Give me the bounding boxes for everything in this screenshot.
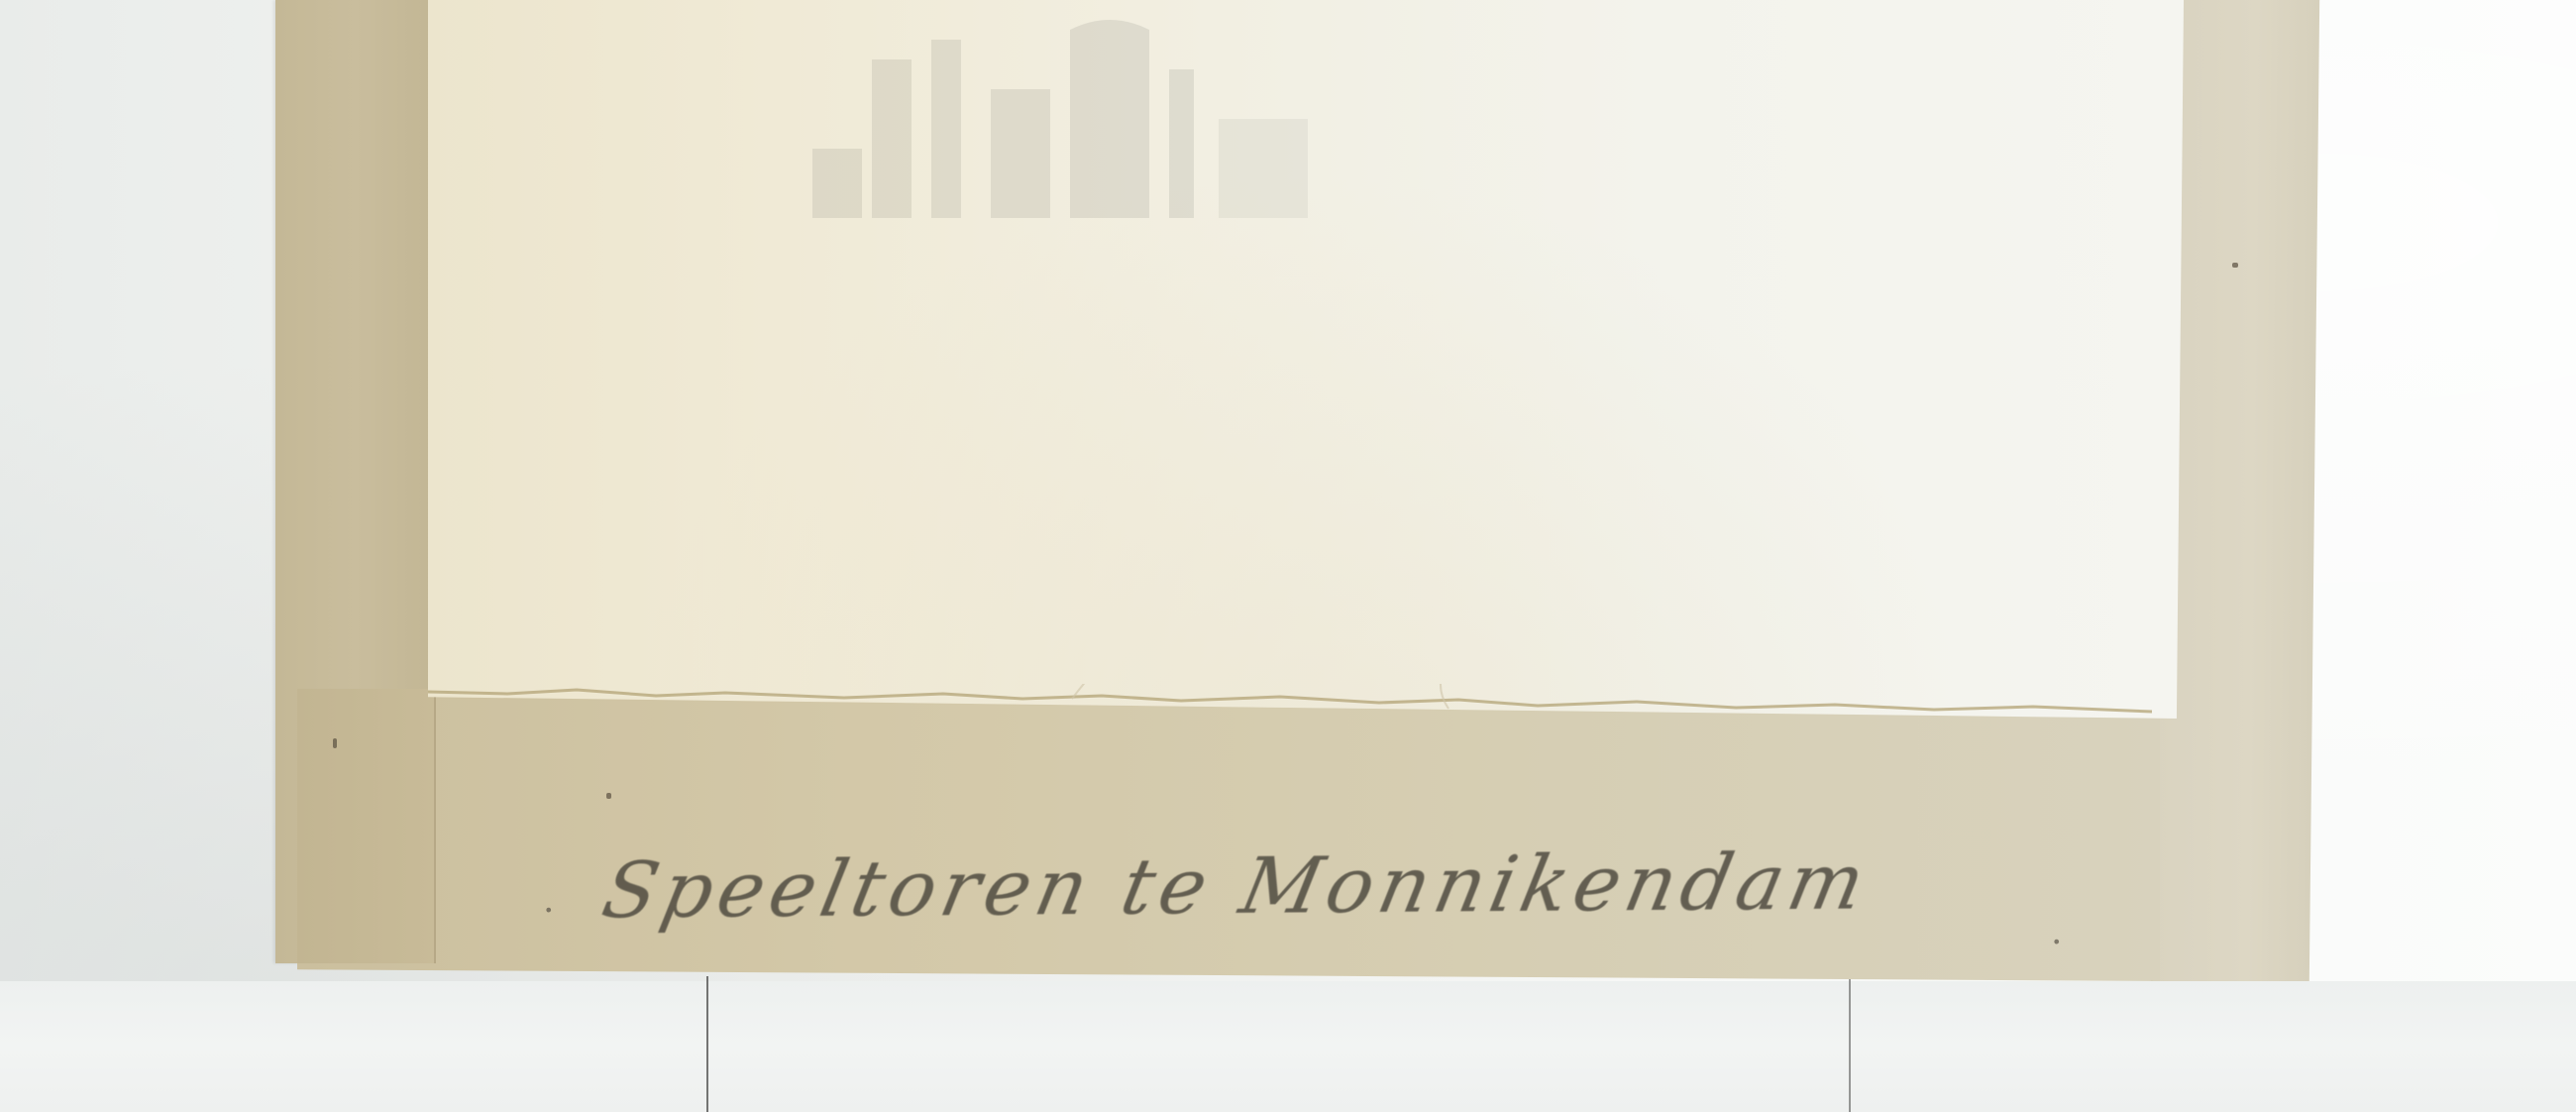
- guide-line-right: [1849, 976, 1851, 1112]
- mount-board-corner: [297, 689, 436, 963]
- guide-line-left: [706, 976, 708, 1112]
- speck: [2232, 263, 2238, 268]
- caption-leading-mark: .: [543, 880, 554, 921]
- deckled-paper-edge: [428, 684, 2152, 733]
- base-surface: [0, 981, 2576, 1112]
- ghost-tower-image: [753, 0, 1387, 248]
- mount-fold-line: [434, 694, 436, 963]
- speck: [333, 738, 337, 748]
- handwritten-caption: Speeltoren te Monnikendam: [595, 837, 1878, 936]
- speck: [606, 793, 611, 799]
- caption-trailing-mark: .: [2051, 912, 2062, 952]
